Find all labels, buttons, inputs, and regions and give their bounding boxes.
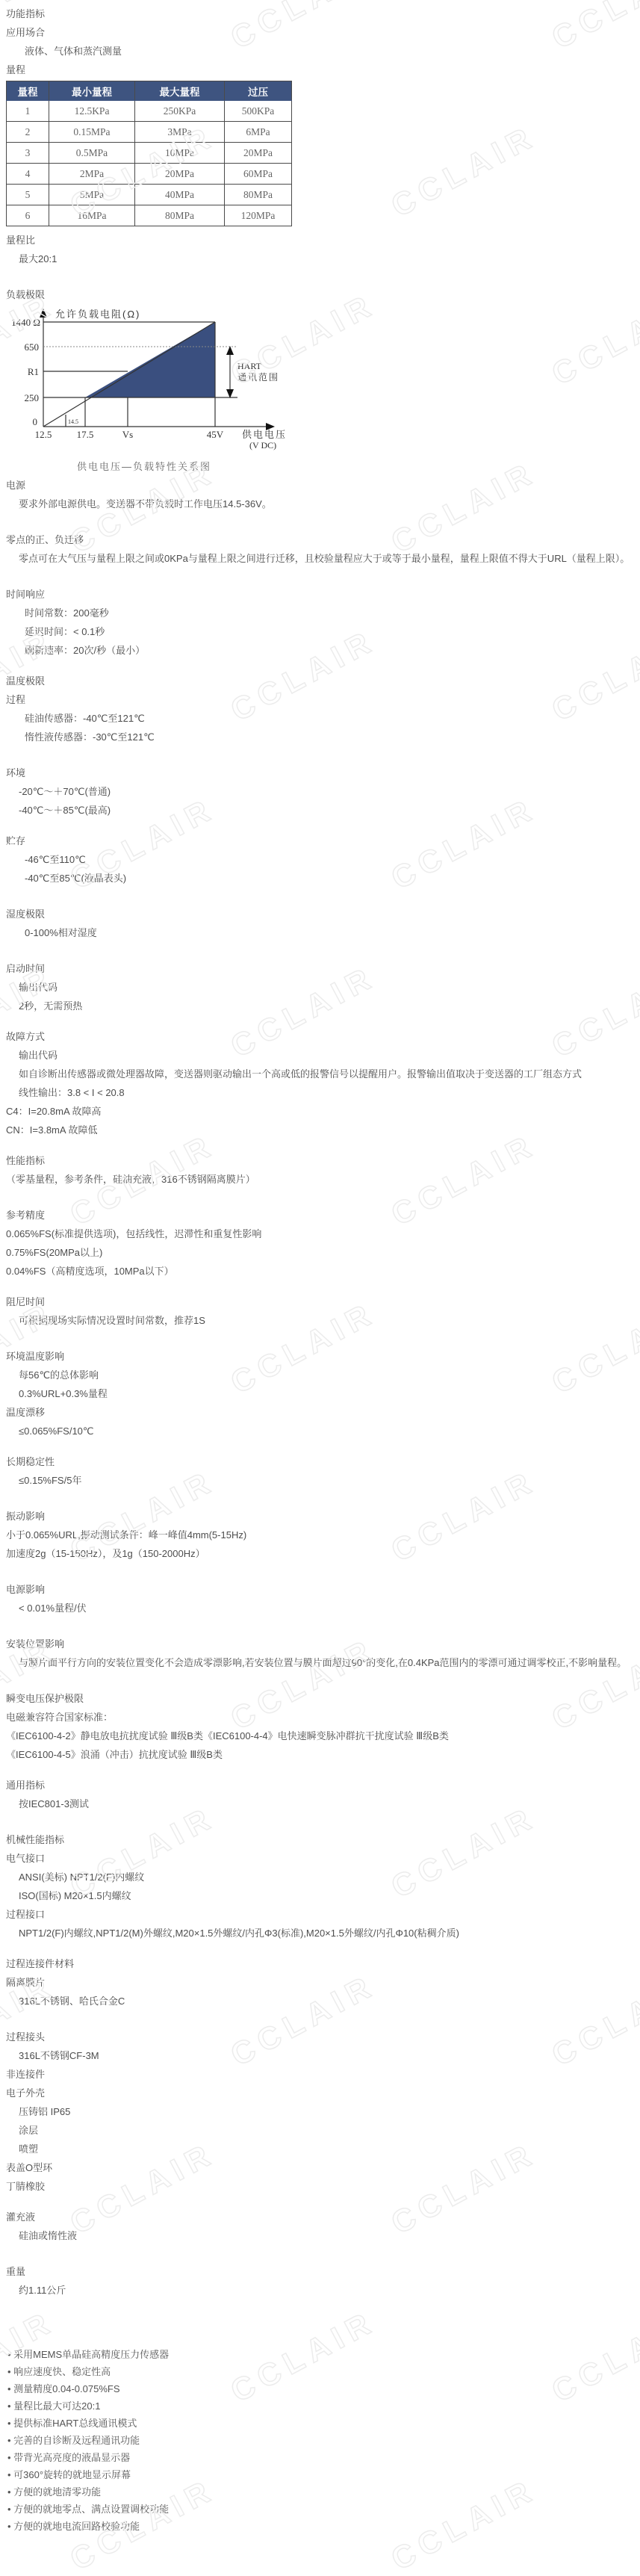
col-header-max-span: 最大量程 <box>135 81 225 101</box>
subsection-title-non-wetted: 非连接件 <box>6 2065 634 2084</box>
section-title-time-response: 时间响应 <box>6 585 634 604</box>
cell-overpressure: 80MPa <box>225 185 292 205</box>
section-title-fill-fluid: 灌充液 <box>6 2208 634 2226</box>
section-title-application: 应用场合 <box>6 23 634 42</box>
load-limit-chart: 允许负载电阻(Ω) 1440 Ω 650 R1 250 0 14.5 12.5 … <box>6 306 634 476</box>
spec-line: 316L不锈钢、哈氏合金C <box>6 1992 634 2010</box>
spec-line: 时间常数：200毫秒 <box>6 604 634 622</box>
cell-max-span: 10MPa <box>135 143 225 164</box>
feature-item: 方便的就地零点、满点设置调校功能 <box>6 2501 634 2518</box>
section-title-functional: 功能指标 <box>6 4 634 23</box>
x-tick-vs: Vs <box>122 429 133 440</box>
section-title-accuracy: 参考精度 <box>6 1206 634 1224</box>
table-row: 6 16MPa 80MPa 120MPa <box>7 205 292 226</box>
cell-overpressure: 120MPa <box>225 205 292 226</box>
section-title-materials: 过程连接件材料 <box>6 1954 634 1973</box>
cell-overpressure: 500KPa <box>225 101 292 122</box>
section-title-mounting: 安装位置影响 <box>6 1635 634 1653</box>
subsection-title-ambient: 环境 <box>6 764 634 782</box>
cell-max-span: 80MPa <box>135 205 225 226</box>
spec-line: 惰性液传感器：-30℃至121℃ <box>6 728 634 746</box>
spec-line: 316L不锈钢CF-3M <box>6 2046 634 2065</box>
hart-arrow-up <box>226 346 234 355</box>
power-line: 要求外部电源供电。变送器不带负载时工作电压14.5-36V。 <box>6 495 634 513</box>
section-title-range: 量程 <box>6 61 634 79</box>
spec-line: 0-100%相对湿度 <box>6 923 634 942</box>
subsection-title-coating: 涂层 <box>6 2121 634 2140</box>
feature-item: 方便的就地清零功能 <box>6 2483 634 2501</box>
feature-item: 可360°旋转的就地显示屏幕 <box>6 2466 634 2483</box>
col-header-range: 量程 <box>7 81 49 101</box>
chart-inner-title: 允许负载电阻(Ω) <box>55 309 140 320</box>
performance-conditions: （零基量程，参考条件，硅油充液，316不锈钢隔离膜片） <box>6 1170 634 1189</box>
spec-line: ≤0.065%FS/10℃ <box>6 1422 634 1440</box>
cell-range-no: 2 <box>7 122 49 143</box>
cell-range-no: 5 <box>7 185 49 205</box>
cell-range-no: 1 <box>7 101 49 122</box>
table-row: 4 2MPa 20MPa 60MPa <box>7 164 292 185</box>
spec-line: 压铸铝 IP65 <box>6 2102 634 2121</box>
section-title-startup: 启动时间 <box>6 959 634 978</box>
subsection-title-process-interface: 过程接口 <box>6 1905 634 1924</box>
x-tick-45v: 45V <box>207 429 224 440</box>
spec-line: 输出代码 <box>6 978 634 997</box>
feature-list: 采用MEMS单晶硅高精度压力传感器 响应速度快、稳定性高 测量精度0.04-0.… <box>6 2346 634 2535</box>
fault-low-output: CN：I=3.8mA 故障低 <box>6 1121 634 1139</box>
feature-item: 方便的就地电流回路校验功能 <box>6 2518 634 2535</box>
hart-region-triangle <box>85 322 215 397</box>
cell-range-no: 4 <box>7 164 49 185</box>
y-axis-arrow <box>40 309 47 318</box>
feature-item: 量程比最大可达20:1 <box>6 2397 634 2415</box>
spec-document: 功能指标 应用场合 液体、气体和蒸汽测量 量程 量程 最小量程 最大量程 过压 … <box>0 0 640 2535</box>
spec-line: 2秒，无需预热 <box>6 997 634 1015</box>
fault-description: 如自诊断出传感器或微处理器故障，变送器则驱动输出一个高或低的报警信号以提醒用户。… <box>6 1065 634 1083</box>
spec-line: 0.065%FS(标准提供选项)，包括线性，迟滞性和重复性影响 <box>6 1224 634 1243</box>
section-title-performance: 性能指标 <box>6 1151 634 1170</box>
section-title-temp-limit: 温度极限 <box>6 672 634 690</box>
spec-line: ≤0.15%FS/5年 <box>6 1471 634 1490</box>
spec-line: 0.3%URL+0.3%量程 <box>6 1384 634 1403</box>
fault-subtitle: 输出代码 <box>6 1046 634 1065</box>
spec-line: ISO(国标) M20×1.5内螺纹 <box>6 1886 634 1905</box>
table-row: 2 0.15MPa 3MPa 6MPa <box>7 122 292 143</box>
spec-line: 刷新速率：20次/秒（最小） <box>6 641 634 660</box>
zero-shift-paragraph: 零点可在大气压与量程上限之间或0KPa与量程上限之间进行迁移，且校验量程应大于或… <box>6 549 634 568</box>
spec-line: 加速度2g（15-150Hz），及1g（150-2000Hz） <box>6 1544 634 1563</box>
spec-line: 喷塑 <box>6 2140 634 2158</box>
cell-max-span: 20MPa <box>135 164 225 185</box>
spec-line: 丁腈橡胶 <box>6 2177 634 2196</box>
chart-caption: 供电电压—负载特性关系图 <box>6 457 634 476</box>
section-title-fault: 故障方式 <box>6 1027 634 1046</box>
spec-line: 0.04%FS（高精度选项，10MPa以下） <box>6 1262 634 1281</box>
load-limit-chart-svg: 允许负载电阻(Ω) 1440 Ω 650 R1 250 0 14.5 12.5 … <box>6 306 320 455</box>
range-table-header-row: 量程 最小量程 最大量程 过压 <box>7 81 292 101</box>
range-table: 量程 最小量程 最大量程 过压 1 12.5KPa 250KPa 500KPa … <box>6 81 292 226</box>
cell-min-span: 12.5KPa <box>49 101 135 122</box>
feature-item: 采用MEMS单晶硅高精度压力传感器 <box>6 2346 634 2363</box>
spec-line: 《IEC6100-4-2》静电放电抗扰度试验 Ⅲ级B类《IEC6100-4-4》… <box>6 1727 634 1745</box>
section-title-weight: 重量 <box>6 2262 634 2281</box>
cell-max-span: 40MPa <box>135 185 225 205</box>
section-title-transient: 瞬变电压保护极限 <box>6 1689 634 1708</box>
cell-overpressure: 20MPa <box>225 143 292 164</box>
col-header-overpressure: 过压 <box>225 81 292 101</box>
cell-min-span: 0.15MPa <box>49 122 135 143</box>
spec-line: ANSI(美标) NPT1/2(F)内螺纹 <box>6 1868 634 1886</box>
section-title-turndown: 量程比 <box>6 231 634 250</box>
x-axis-label: 供电电压 <box>242 429 287 440</box>
spec-line: 硅油传感器：-40℃至121℃ <box>6 709 634 728</box>
cell-min-span: 2MPa <box>49 164 135 185</box>
cell-overpressure: 60MPa <box>225 164 292 185</box>
weight-value: 约1.11公斤 <box>6 2281 634 2300</box>
y-tick-0: 0 <box>33 416 38 427</box>
spec-line: -46℃至110℃ <box>6 850 634 869</box>
section-title-power-effect: 电源影响 <box>6 1580 634 1599</box>
feature-item: 完善的自诊断及远程通讯功能 <box>6 2432 634 2449</box>
feature-item: 测量精度0.04-0.075%FS <box>6 2380 634 2397</box>
y-tick-650: 650 <box>25 341 40 353</box>
cell-max-span: 3MPa <box>135 122 225 143</box>
hart-arrow-down <box>226 389 234 398</box>
spec-line: NPT1/2(F)内螺纹,NPT1/2(M)外螺纹,M20×1.5外螺纹/内孔Φ… <box>6 1924 634 1942</box>
subsection-title-housing: 电子外壳 <box>6 2084 634 2102</box>
spec-line: 可根据现场实际情况设置时间常数，推荐1S <box>6 1311 634 1330</box>
subsection-title-diaphragm: 隔离膜片 <box>6 1973 634 1992</box>
table-row: 3 0.5MPa 10MPa 20MPa <box>7 143 292 164</box>
y-tick-1440: 1440 Ω <box>11 317 40 328</box>
turndown-value: 最大20:1 <box>6 250 634 268</box>
y-tick-250: 250 <box>25 392 40 403</box>
cell-min-span: 16MPa <box>49 205 135 226</box>
cell-min-span: 0.5MPa <box>49 143 135 164</box>
subsection-title-oring: 表盖O型环 <box>6 2158 634 2177</box>
section-title-humidity: 湿度极限 <box>6 905 634 923</box>
spec-line: -40℃～＋85℃(最高) <box>6 801 634 820</box>
x-sub-tick-14-5: 14.5 <box>68 418 78 425</box>
cell-overpressure: 6MPa <box>225 122 292 143</box>
section-title-load-limit: 负载极限 <box>6 285 634 304</box>
subsection-title-storage: 贮存 <box>6 832 634 850</box>
cell-range-no: 6 <box>7 205 49 226</box>
feature-item: 带背光高亮度的液晶显示器 <box>6 2449 634 2466</box>
subsection-title-process: 过程 <box>6 690 634 709</box>
section-title-stability: 长期稳定性 <box>6 1452 634 1471</box>
application-value: 液体、气体和蒸汽测量 <box>6 42 634 61</box>
table-row: 1 12.5KPa 250KPa 500KPa <box>7 101 292 122</box>
x-tick-12-5: 12.5 <box>35 429 52 440</box>
section-title-zero-shift: 零点的正、负迁移 <box>6 530 634 549</box>
spec-line: 小于0.065%URL,振动测试条件：峰一峰值4mm(5-15Hz) <box>6 1526 634 1544</box>
spec-line: 延迟时间：< 0.1秒 <box>6 622 634 641</box>
x-tick-17-5: 17.5 <box>77 429 94 440</box>
hart-label-line1: HART <box>237 361 262 371</box>
subsection-title-temp-drift: 温度漂移 <box>6 1403 634 1422</box>
section-title-ambient-temp-effect: 环境温度影响 <box>6 1347 634 1366</box>
section-title-mechanical: 机械性能指标 <box>6 1830 634 1849</box>
cell-range-no: 3 <box>7 143 49 164</box>
spec-line: 硅油或惰性液 <box>6 2226 634 2245</box>
spec-line: -40℃至85℃(液晶表头) <box>6 869 634 888</box>
section-title-damping: 阻尼时间 <box>6 1292 634 1311</box>
feature-item: 提供标准HART总线通讯模式 <box>6 2415 634 2432</box>
spec-line: 电磁兼容符合国家标准： <box>6 1708 634 1727</box>
cell-max-span: 250KPa <box>135 101 225 122</box>
spec-line: 按IEC801-3测试 <box>6 1795 634 1813</box>
section-title-general: 通用指标 <box>6 1776 634 1795</box>
feature-item: 响应速度快、稳定性高 <box>6 2363 634 2380</box>
spec-line: 《IEC6100-4-5》浪涌（冲击）抗扰度试验 Ⅲ级B类 <box>6 1745 634 1764</box>
spec-line: < 0.01%量程/伏 <box>6 1599 634 1617</box>
x-axis-unit: (V DC) <box>249 440 276 451</box>
section-title-vibration: 振动影响 <box>6 1507 634 1526</box>
fault-high-output: C4：I=20.8mA 故障高 <box>6 1102 634 1121</box>
col-header-min-span: 最小量程 <box>49 81 135 101</box>
spec-line: 每56℃的总体影响 <box>6 1366 634 1384</box>
hart-label-line2: 通讯范围 <box>237 372 279 383</box>
subsection-title-process-connector: 过程接头 <box>6 2028 634 2046</box>
table-row: 5 5MPa 40MPa 80MPa <box>7 185 292 205</box>
fault-linear-output: 线性输出：3.8 < I < 20.8 <box>6 1083 634 1102</box>
subsection-title-electrical-interface: 电气接口 <box>6 1849 634 1868</box>
mounting-paragraph: 与膜片面平行方向的安装位置变化不会造成零漂影响,若安装位置与膜片面超过90°的变… <box>6 1653 634 1672</box>
spec-line: 0.75%FS(20MPa以上) <box>6 1243 634 1262</box>
cell-min-span: 5MPa <box>49 185 135 205</box>
y-tick-r1: R1 <box>28 366 39 377</box>
spec-line: -20℃～＋70℃(普通) <box>6 782 634 801</box>
section-title-power: 电源 <box>6 476 634 495</box>
